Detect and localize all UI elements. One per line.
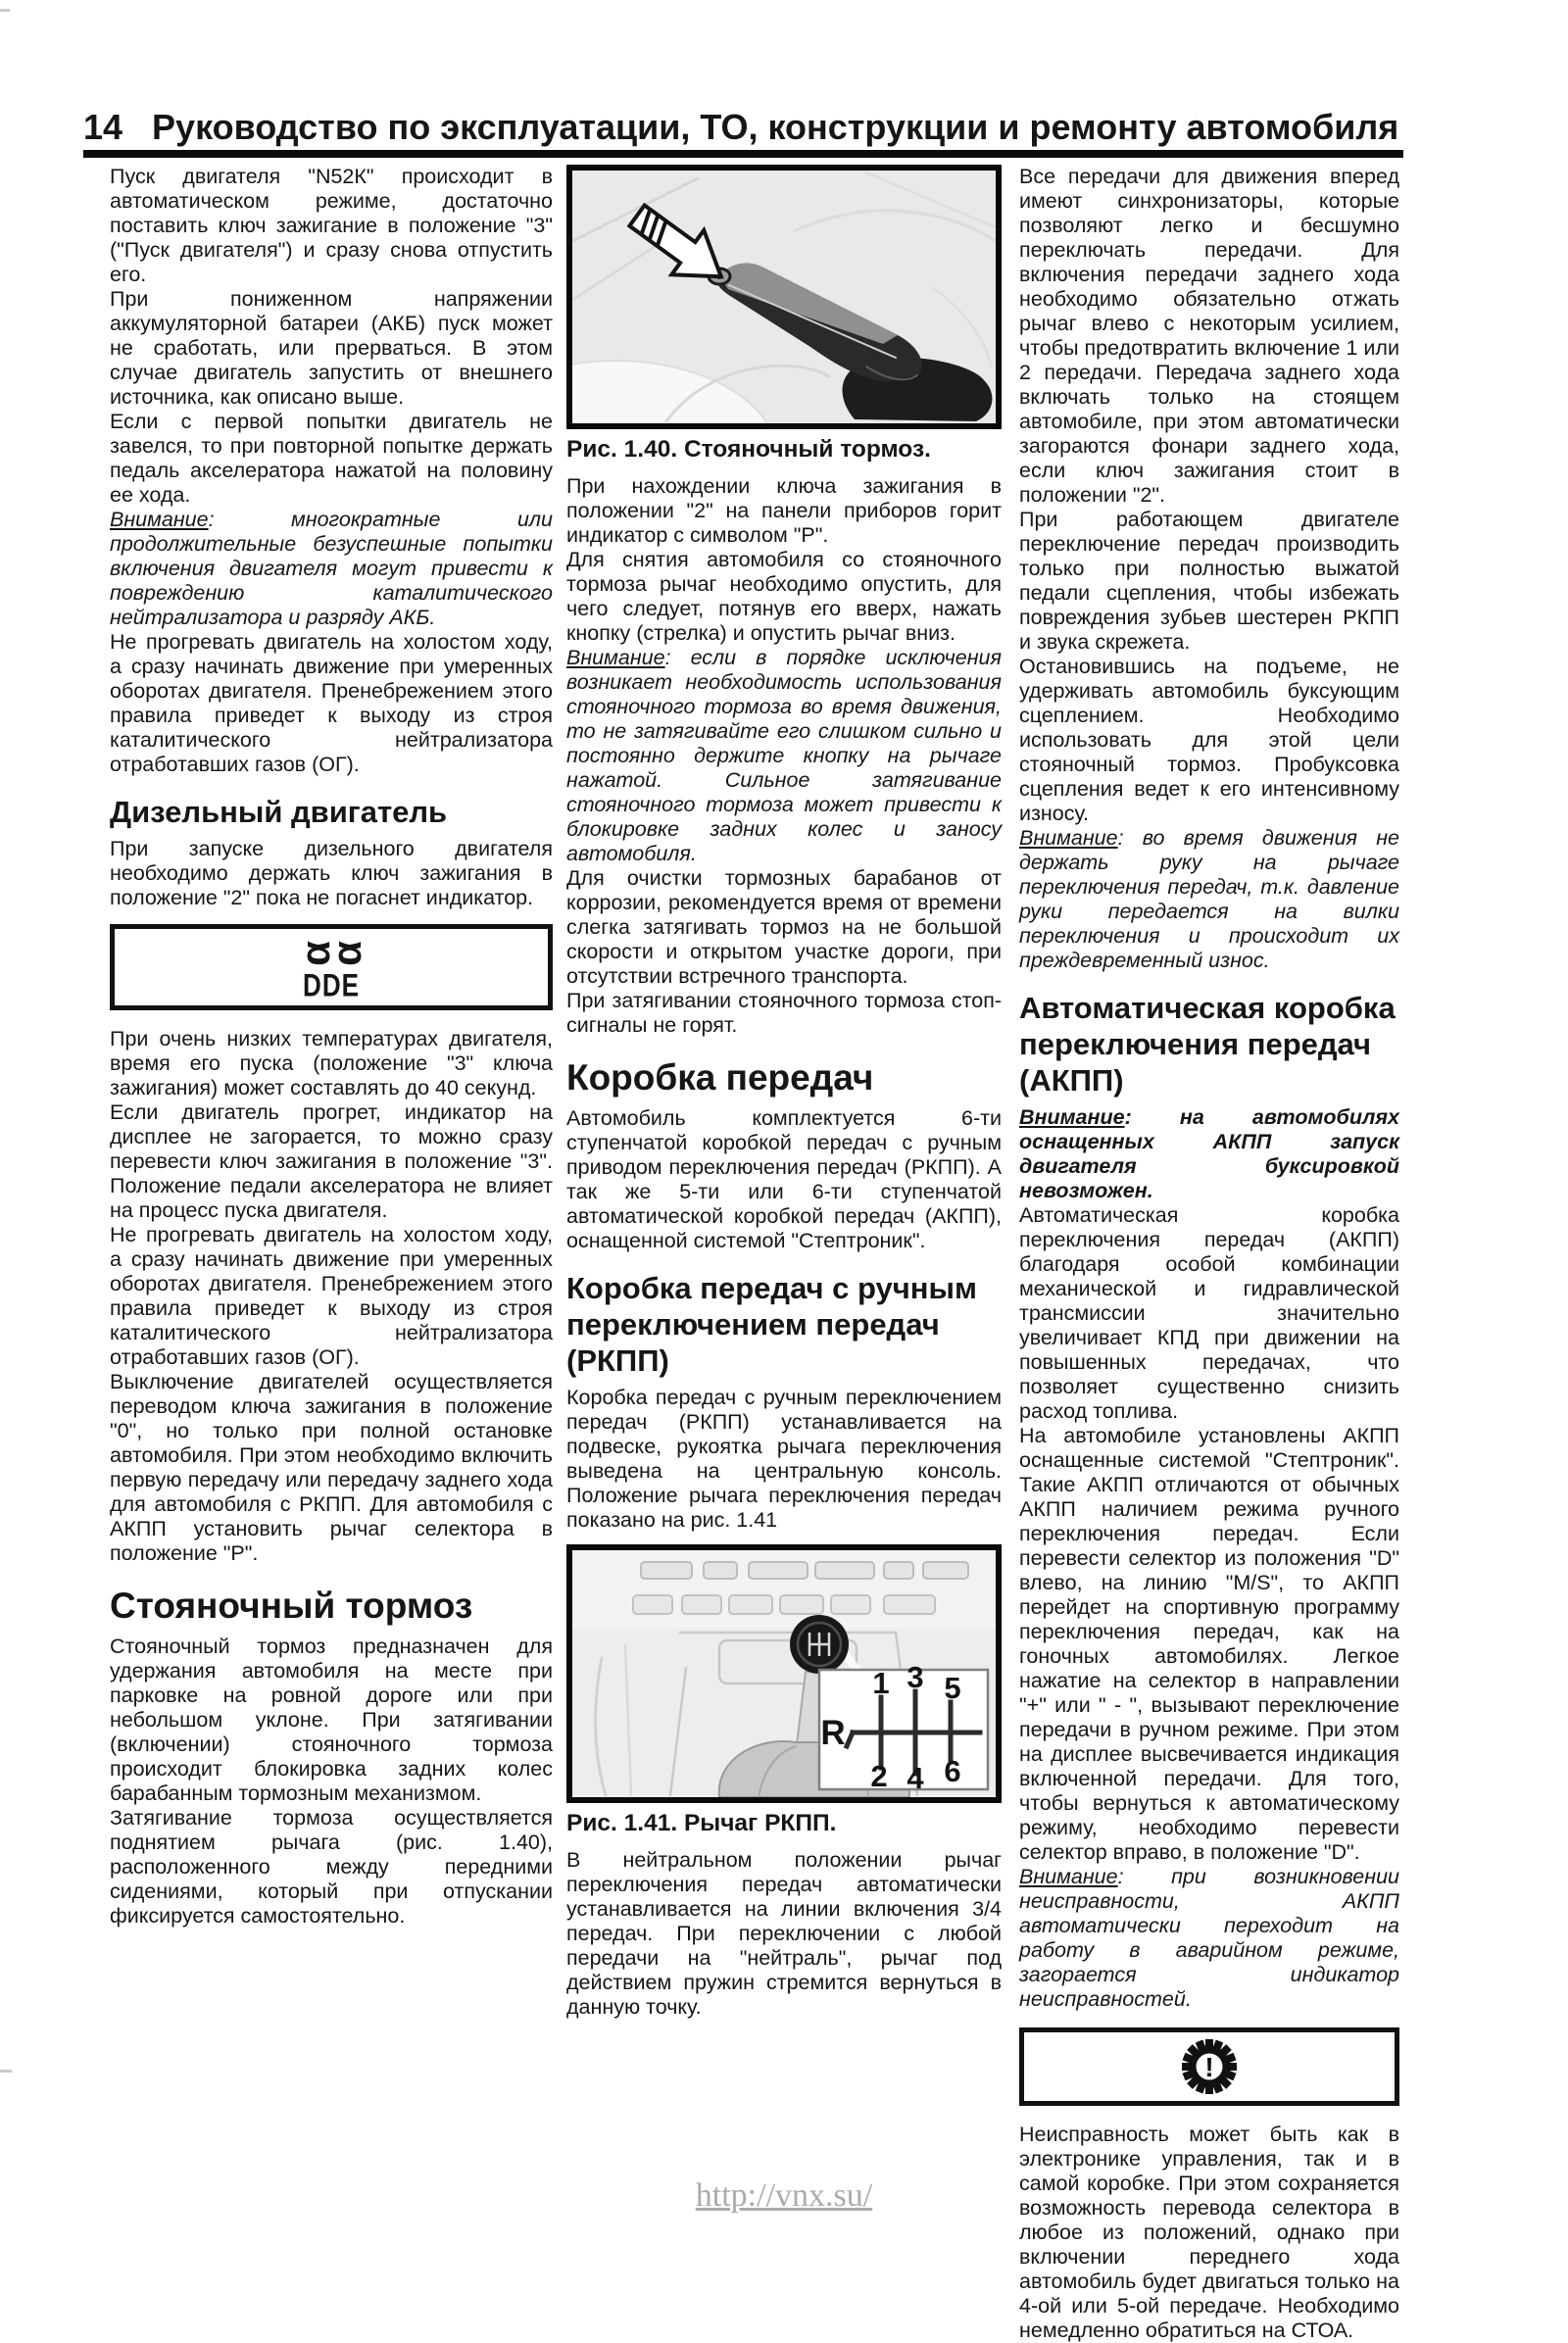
- shift-pattern-label-5: 5: [944, 1671, 960, 1705]
- glow-plug-loop-icon: α: [332, 938, 362, 969]
- paragraph: Неисправность может быть как в электрони…: [1019, 2123, 1399, 2343]
- shift-pattern-label-r: R: [820, 1714, 845, 1752]
- page-title: Руководство по эксплуатации, ТО, констру…: [152, 107, 1398, 147]
- exclamation-mark: !: [1204, 2052, 1213, 2082]
- paragraph: Пуск двигателя "N52К" происходит в автом…: [110, 165, 553, 287]
- footer: http://vnx.su/: [0, 2177, 1568, 2215]
- parking-brake-illustration: [572, 171, 996, 423]
- paragraph: Остановившись на подъеме, не удерживать …: [1019, 655, 1399, 826]
- warning-note: Внимание: на автомобилях оснащенных АКПП…: [1019, 1105, 1399, 1203]
- scan-edge-mark-top: [0, 9, 10, 12]
- dde-indicator-box: αα DDE: [110, 924, 553, 1010]
- paragraph: Для очистки тормозных барабанов от корро…: [566, 866, 1002, 989]
- section-heading-manual-gearbox: Коробка передач с ручным переключением п…: [566, 1270, 1002, 1379]
- paragraph: При затягивании стояночного тормоза стоп…: [566, 989, 1002, 1038]
- gear-lever-illustration: R 1 3 5 2 4 6: [572, 1550, 996, 1797]
- paragraph: Все передачи для движения вперед имеют с…: [1019, 165, 1399, 508]
- scan-edge-mark-bottom: [0, 2070, 12, 2073]
- shift-pattern-label-1: 1: [872, 1666, 889, 1700]
- figure-1-40-caption: Рис. 1.40. Стояночный тормоз.: [566, 436, 1002, 464]
- paragraph: В нейтральном положении рычаг переключен…: [566, 1848, 1002, 2020]
- shift-pattern-label-6: 6: [944, 1754, 960, 1788]
- paragraph: При нахождении ключа зажигания в положен…: [566, 474, 1002, 548]
- gearbox-malfunction-indicator-box: !: [1019, 2027, 1399, 2106]
- page-header: 14Руководство по эксплуатации, ТО, конст…: [83, 108, 1416, 147]
- glow-plug-icon: αα DDE: [300, 937, 363, 998]
- paragraph: Выключение двигателей осуществляется пер…: [110, 1370, 553, 1566]
- warning-note: Внимание: если в порядке исключения возн…: [566, 646, 1002, 866]
- shift-pattern-inset: R 1 3 5 2 4 6: [819, 1660, 988, 1795]
- paragraph: Если с первой попытки двигатель не завел…: [110, 410, 553, 508]
- shift-pattern-label-4: 4: [906, 1761, 924, 1795]
- figure-1-41-gear-lever: R 1 3 5 2 4 6: [566, 1544, 1002, 1803]
- paragraph: Коробка передач с ручным переключением п…: [566, 1386, 1002, 1533]
- column-right: Все передачи для движения вперед имеют с…: [1019, 165, 1399, 2343]
- section-heading-automatic-gearbox: Автоматическая коробка переключения пере…: [1019, 990, 1399, 1098]
- paragraph: Не прогревать двигатель на холостом ходу…: [110, 1223, 553, 1370]
- header-rule: [83, 150, 1403, 158]
- paragraph: На автомобиле установлены АКПП оснащенны…: [1019, 1424, 1399, 1865]
- site-link[interactable]: http://vnx.su/: [696, 2177, 872, 2214]
- paragraph: При очень низких температурах двигателя,…: [110, 1027, 553, 1100]
- paragraph: Если двигатель прогрет, индикатор на дис…: [110, 1100, 553, 1223]
- dde-indicator-label: DDE: [303, 969, 360, 1001]
- warning-note: Внимание: при возникновении неисправност…: [1019, 1865, 1399, 2012]
- paragraph: Не прогревать двигатель на холостом ходу…: [110, 630, 553, 777]
- paragraph: Для снятия автомобиля со стояночного тор…: [566, 548, 1002, 646]
- section-heading-diesel-engine: Дизельный двигатель: [110, 794, 553, 830]
- paragraph: При запуске дизельного двигателя необход…: [110, 837, 553, 910]
- section-heading-parking-brake: Стояночный тормоз: [110, 1586, 553, 1626]
- paragraph: При работающем двигателе переключение пе…: [1019, 508, 1399, 655]
- column-left: Пуск двигателя "N52К" происходит в автом…: [110, 165, 553, 1928]
- paragraph: Автоматическая коробка переключения пере…: [1019, 1203, 1399, 1424]
- paragraph: Стояночный тормоз предназначен для удерж…: [110, 1635, 553, 1806]
- gear-warning-icon: !: [1179, 2036, 1240, 2097]
- paragraph: При пониженном напряжении аккумуляторной…: [110, 287, 553, 410]
- page-number: 14: [83, 107, 122, 147]
- column-middle: Рис. 1.40. Стояночный тормоз. При нахожд…: [566, 165, 1002, 2020]
- shift-pattern-label-3: 3: [906, 1660, 923, 1694]
- paragraph: Затягивание тормоза осуществляется подня…: [110, 1806, 553, 1928]
- section-heading-gearbox: Коробка передач: [566, 1057, 1002, 1098]
- figure-1-41-caption: Рис. 1.41. Рычаг РКПП.: [566, 1810, 1002, 1837]
- warning-note: Внимание: многократные или продолжительн…: [110, 508, 553, 630]
- shift-pattern-label-2: 2: [870, 1759, 887, 1793]
- figure-1-40-parking-brake: [566, 165, 1002, 429]
- warning-note: Внимание: во время движения не держать р…: [1019, 826, 1399, 973]
- paragraph: Автомобиль комплектуется 6-ти ступенчато…: [566, 1106, 1002, 1253]
